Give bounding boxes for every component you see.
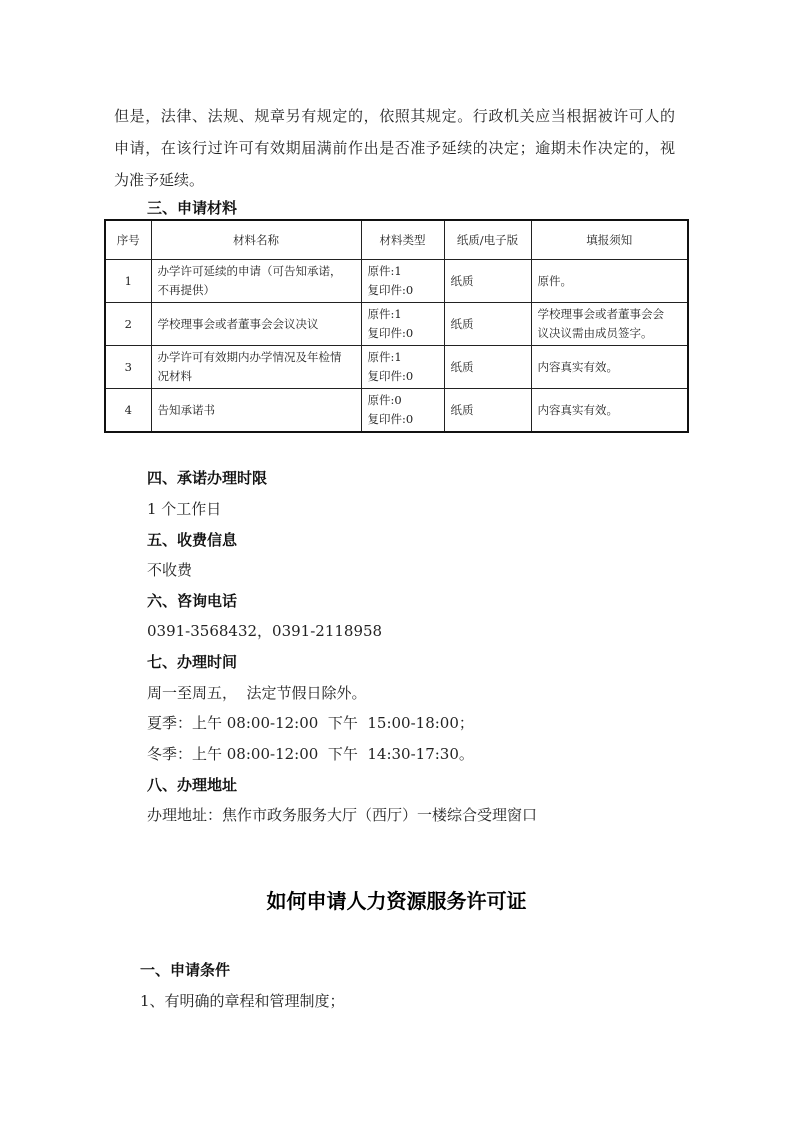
- section-heading-fees: 五、收费信息: [147, 530, 237, 550]
- intro-line-2: 申请，在该行过许可有效期届满前作出是否准予延续的决定；逾期未作决定的，视: [114, 138, 676, 158]
- section-heading-hours: 七、办理时间: [147, 652, 237, 672]
- section-heading-phone: 六、咨询电话: [147, 591, 237, 611]
- table-header-row: 序号 材料名称 材料类型 纸质/电子版 填报须知: [105, 220, 688, 260]
- header-name: 材料名称: [151, 220, 361, 260]
- header-format: 纸质/电子版: [444, 220, 531, 260]
- row-no: 4: [105, 389, 151, 433]
- phone-text: 0391-3568432，0391-2118958: [147, 621, 382, 641]
- row-note: 内容真实有效。: [531, 346, 688, 389]
- row-name: 办学许可有效期内办学情况及年检情况材料: [151, 346, 361, 389]
- section-heading-conditions: 一、申请条件: [140, 960, 230, 980]
- header-type: 材料类型: [361, 220, 444, 260]
- row-type: 原件:1复印件:0: [361, 303, 444, 346]
- hours-weekdays: 周一至周五， 法定节假日除外。: [147, 683, 367, 703]
- intro-line-3: 为准予延续。: [114, 170, 204, 190]
- fees-text: 不收费: [147, 560, 192, 580]
- condition-item-1: 1、有明确的章程和管理制度；: [140, 991, 345, 1011]
- address-text: 办理地址：焦作市政务服务大厅（西厅）一楼综合受理窗口: [147, 805, 537, 825]
- row-format: 纸质: [444, 303, 531, 346]
- row-type: 原件:1复印件:0: [361, 260, 444, 303]
- table-row: 2 学校理事会或者董事会会议决议 原件:1复印件:0 纸质 学校理事会或者董事会…: [105, 303, 688, 346]
- materials-table: 序号 材料名称 材料类型 纸质/电子版 填报须知 1 办学许可延续的申请（可告知…: [104, 219, 689, 433]
- section-heading-materials: 三、申请材料: [147, 198, 237, 218]
- row-no: 2: [105, 303, 151, 346]
- row-format: 纸质: [444, 260, 531, 303]
- row-name: 告知承诺书: [151, 389, 361, 433]
- time-limit-text: 1 个工作日: [147, 499, 221, 519]
- row-no: 1: [105, 260, 151, 303]
- row-no: 3: [105, 346, 151, 389]
- row-note: 原件。: [531, 260, 688, 303]
- header-no: 序号: [105, 220, 151, 260]
- row-note: 学校理事会或者董事会会议决议需由成员签字。: [531, 303, 688, 346]
- table-row: 1 办学许可延续的申请（可告知承诺，不再提供） 原件:1复印件:0 纸质 原件。: [105, 260, 688, 303]
- row-name: 办学许可延续的申请（可告知承诺，不再提供）: [151, 260, 361, 303]
- row-format: 纸质: [444, 389, 531, 433]
- row-format: 纸质: [444, 346, 531, 389]
- header-note: 填报须知: [531, 220, 688, 260]
- intro-line-1: 但是，法律、法规、规章另有规定的，依照其规定。行政机关应当根据被许可人的: [114, 106, 676, 126]
- section-heading-time-limit: 四、承诺办理时限: [147, 468, 267, 488]
- table-row: 3 办学许可有效期内办学情况及年检情况材料 原件:1复印件:0 纸质 内容真实有…: [105, 346, 688, 389]
- hours-summer: 夏季：上午 08:00-12:00 下午 15:00-18:00；: [147, 713, 474, 733]
- row-type: 原件:0复印件:0: [361, 389, 444, 433]
- section-heading-address: 八、办理地址: [147, 775, 237, 795]
- table-row: 4 告知承诺书 原件:0复印件:0 纸质 内容真实有效。: [105, 389, 688, 433]
- row-type: 原件:1复印件:0: [361, 346, 444, 389]
- row-note: 内容真实有效。: [531, 389, 688, 433]
- hours-winter: 冬季：上午 08:00-12:00 下午 14:30-17:30。: [147, 744, 474, 764]
- document-title: 如何申请人力资源服务许可证: [0, 885, 793, 914]
- row-name: 学校理事会或者董事会会议决议: [151, 303, 361, 346]
